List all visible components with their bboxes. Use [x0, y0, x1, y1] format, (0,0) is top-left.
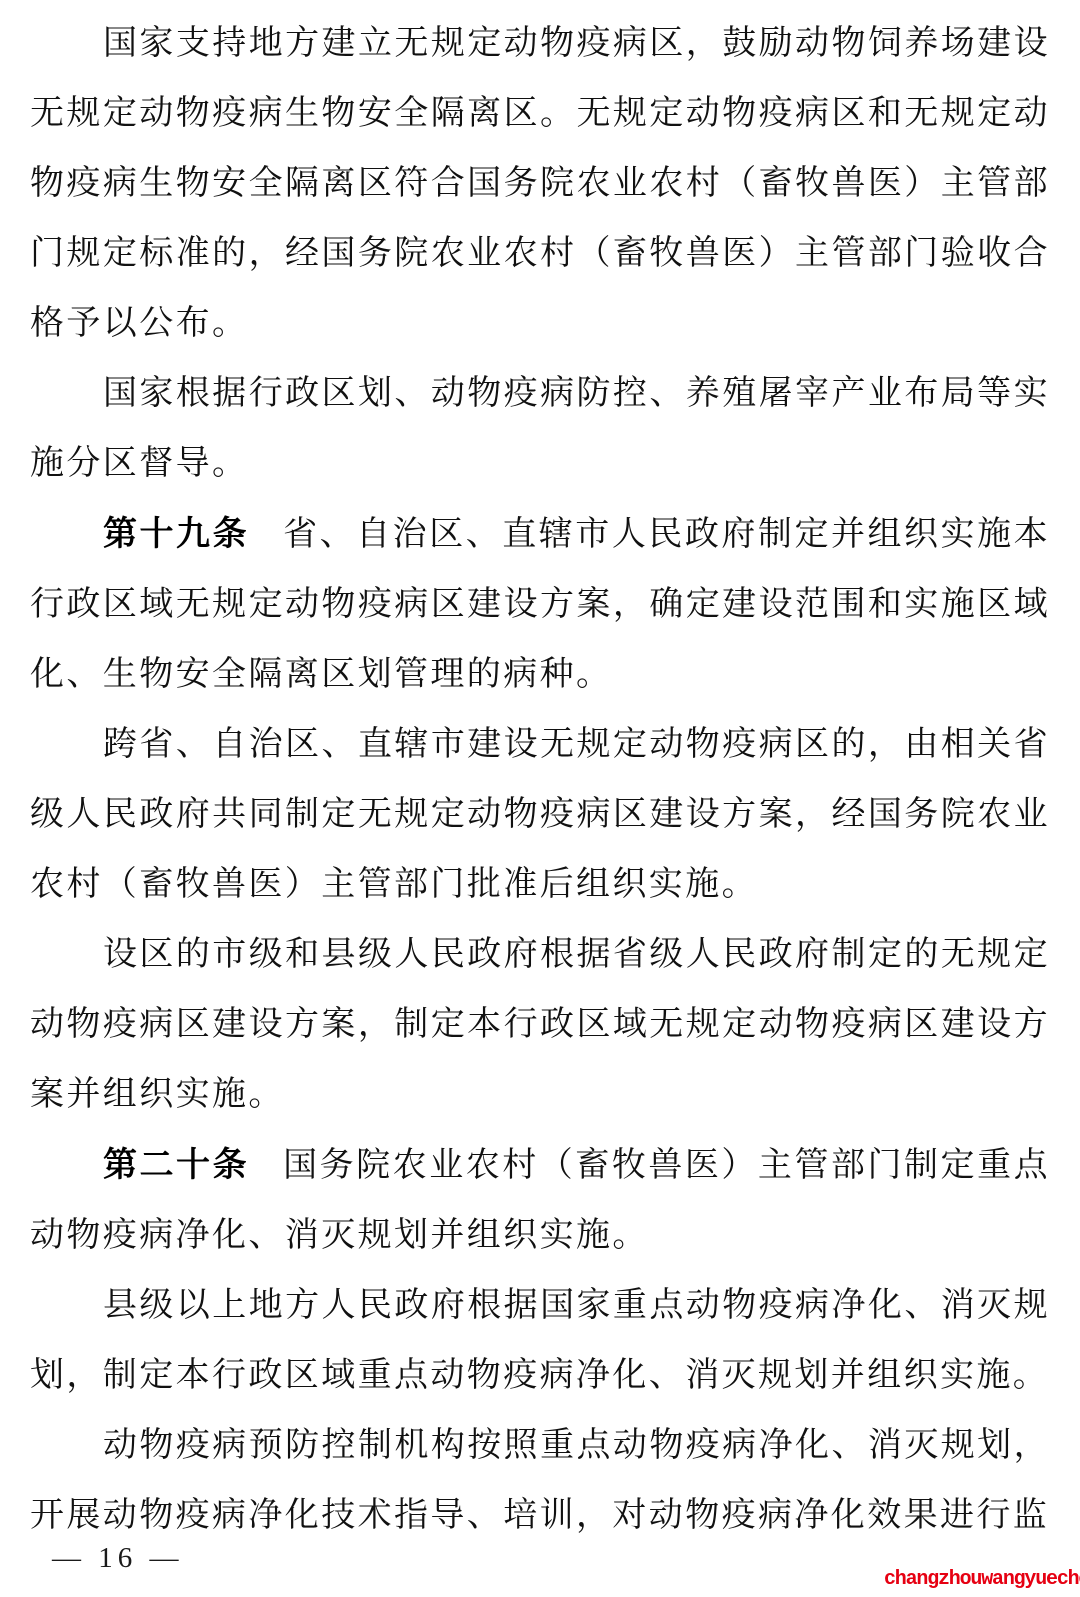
- paragraph: 县级以上地方人民政府根据国家重点动物疫病净化、消灭规划，制定本行政区域重点动物疫…: [30, 1271, 1050, 1411]
- document-page: 国家支持地方建立无规定动物疫病区，鼓励动物饲养场建设无规定动物疫病生物安全隔离区…: [0, 0, 1080, 1597]
- paragraph-article-20: 第二十条国务院农业农村（畜牧兽医）主管部门制定重点动物疫病净化、消灭规划并组织实…: [30, 1130, 1050, 1271]
- paragraph: 国家支持地方建立无规定动物疫病区，鼓励动物饲养场建设无规定动物疫病生物安全隔离区…: [30, 9, 1050, 359]
- paragraph-text: 县级以上地方人民政府根据国家重点动物疫病净化、消灭规划，制定本行政区域重点动物疫…: [30, 1287, 1050, 1394]
- article-20-heading: 第二十条: [103, 1146, 249, 1184]
- paragraph: 动物疫病预防控制机构按照重点动物疫病净化、消灭规划，开展动物疫病净化技术指导、培…: [30, 1411, 1050, 1551]
- paragraph: 设区的市级和县级人民政府根据省级人民政府制定的无规定动物疫病区建设方案，制定本行…: [30, 920, 1050, 1130]
- document-body: 国家支持地方建立无规定动物疫病区，鼓励动物饲养场建设无规定动物疫病生物安全隔离区…: [0, 0, 1080, 1551]
- paragraph: 跨省、自治区、直辖市建设无规定动物疫病区的，由相关省级人民政府共同制定无规定动物…: [30, 710, 1050, 920]
- paragraph-text: 动物疫病预防控制机构按照重点动物疫病净化、消灭规划，开展动物疫病净化技术指导、培…: [30, 1427, 1050, 1534]
- paragraph-article-19: 第十九条省、自治区、直辖市人民政府制定并组织实施本行政区域无规定动物疫病区建设方…: [30, 499, 1050, 710]
- paragraph: 国家根据行政区划、动物疫病防控、养殖屠宰产业布局等实施分区督导。: [30, 359, 1050, 499]
- paragraph-text: 国家根据行政区划、动物疫病防控、养殖屠宰产业布局等实施分区督导。: [30, 375, 1050, 482]
- page-number: — 16 —: [52, 1542, 184, 1575]
- paragraph-text: 跨省、自治区、直辖市建设无规定动物疫病区的，由相关省级人民政府共同制定无规定动物…: [30, 726, 1050, 903]
- watermark-text: changzhouwangyueche.cc: [884, 1568, 1080, 1591]
- paragraph-text: 设区的市级和县级人民政府根据省级人民政府制定的无规定动物疫病区建设方案，制定本行…: [30, 936, 1050, 1113]
- paragraph-text: 国家支持地方建立无规定动物疫病区，鼓励动物饲养场建设无规定动物疫病生物安全隔离区…: [30, 25, 1050, 342]
- article-19-heading: 第十九条: [103, 515, 249, 553]
